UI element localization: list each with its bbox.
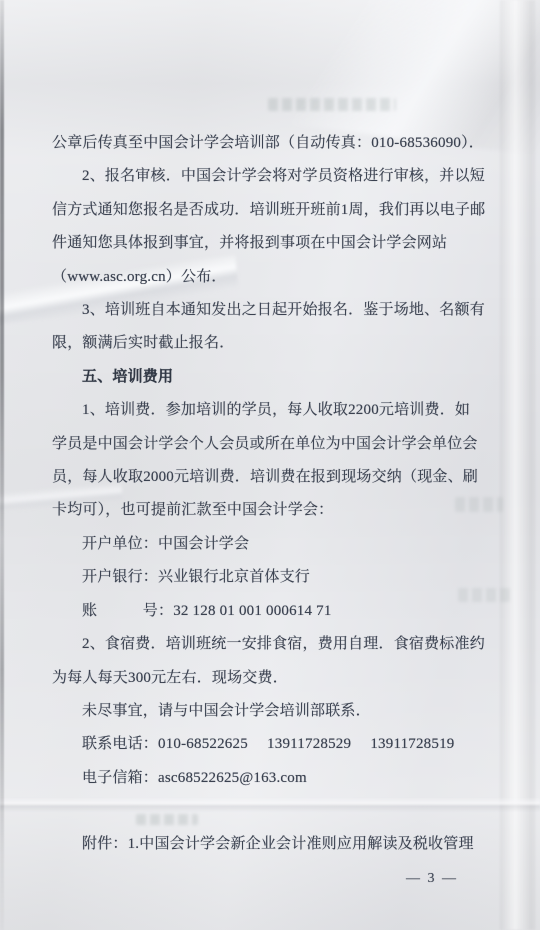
scan-edge-shadow [0,0,4,930]
line-bank: 开户银行：兴业银行北京首体支行 [52,561,492,594]
scanned-page: 公章后传真至中国会计学会培训部（自动传真：010-68536090）． 2、报名… [0,0,540,930]
heading-training-fees: 五、培训费用 [52,361,492,394]
line-account-name: 开户单位：中国会计学会 [52,528,492,561]
paragraph-registration-review: 2、报名审核．中国会计学会将对学员资格进行审核，并以短 信方式通知您报名是否成功… [52,160,492,294]
paragraph-fax-note: 公章后传真至中国会计学会培训部（自动传真：010-68536090）． [52,127,492,160]
paragraph-contact-note: 未尽事宜，请与中国会计学会培训部联系． [52,695,492,728]
paragraph-training-fee: 1、培训费．参加培训的学员，每人收取2200元培训费．如 学员是中国会计学会个人… [52,394,492,528]
line-phone: 联系电话：010-68522625 13911728529 1391172851… [52,728,492,761]
paragraph-room-board: 2、食宿费．培训班统一安排食宿，费用自理．食宿费标准约 为每人每天300元左右．… [52,628,492,695]
line-email: 电子信箱：asc68522625@163.com [52,762,492,795]
document-body: 公章后传真至中国会计学会培训部（自动传真：010-68536090）． 2、报名… [52,127,492,895]
line-account-number: 账 号：32 128 01 001 000614 71 [52,595,492,628]
paragraph-registration-start: 3、培训班自本通知发出之日起开始报名．鉴于场地、名额有 限，额满后实时截止报名． [52,294,492,361]
attachment-line: 附件：1.中国会计学会新企业会计准则应用解读及税收管理 [52,828,492,861]
page-number: — 3 — [52,862,492,895]
